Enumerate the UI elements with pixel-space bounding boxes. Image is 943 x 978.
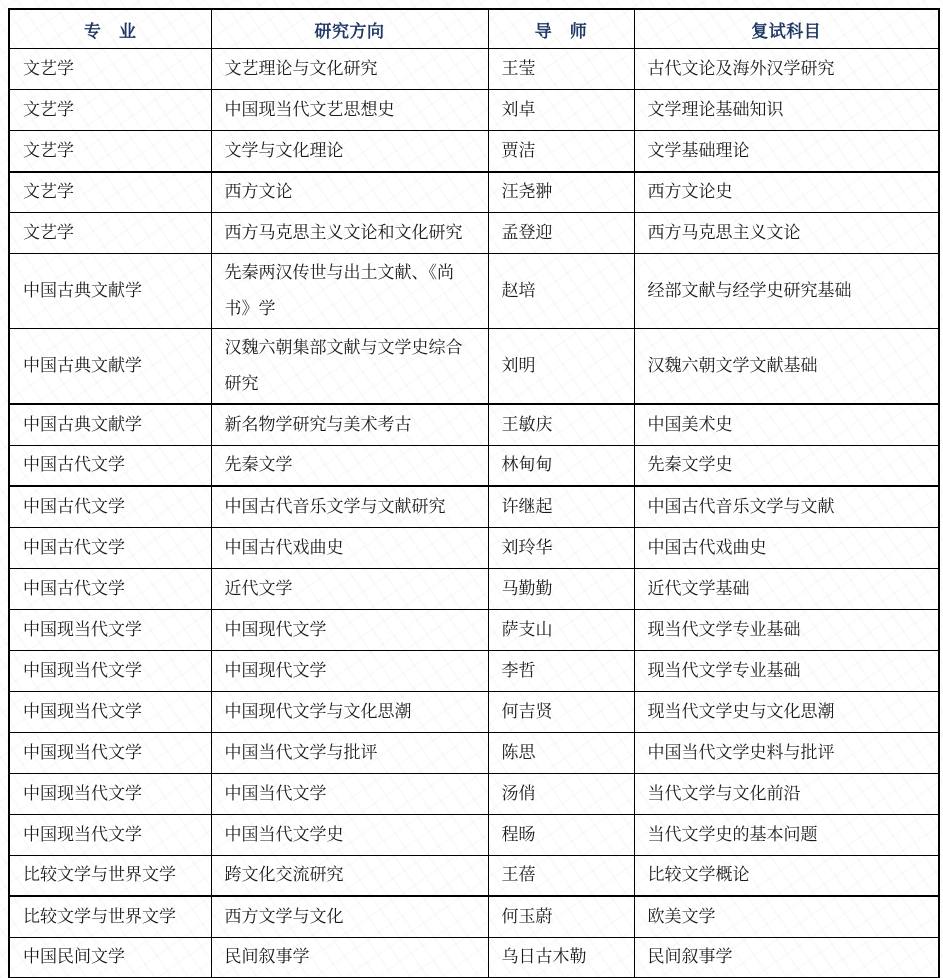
cell-subject: 欧美文学 [634, 896, 939, 937]
cell-subject: 汉魏六朝文学文献基础 [634, 329, 939, 405]
cell-advisor: 刘明 [488, 329, 634, 405]
cell-direction: 近代文学 [211, 568, 488, 609]
cell-major: 文艺学 [9, 90, 211, 131]
cell-advisor: 李哲 [488, 650, 634, 691]
cell-direction: 中国现代文学 [211, 650, 488, 691]
table-row: 中国古代文学 近代文学 马勤勤 近代文学基础 [9, 568, 939, 609]
cell-advisor: 孟登迎 [488, 213, 634, 254]
cell-major: 中国民间文学 [9, 937, 211, 978]
cell-major: 中国古典文献学 [9, 329, 211, 405]
cell-subject: 西方文论史 [634, 172, 939, 213]
table-row: 中国古典文献学 新名物学研究与美术考古 王敏庆 中国美术史 [9, 404, 939, 445]
cell-subject: 现当代文学专业基础 [634, 609, 939, 650]
table-row: 中国现当代文学 中国当代文学史 程旸 当代文学史的基本问题 [9, 814, 939, 855]
cell-advisor: 何玉蔚 [488, 896, 634, 937]
cell-advisor: 王蓓 [488, 855, 634, 896]
cell-subject: 经部文献与经学史研究基础 [634, 254, 939, 329]
table-body: 文艺学 文艺理论与文化研究 王莹 古代文论及海外汉学研究 文艺学 中国现当代文艺… [9, 49, 939, 978]
cell-direction: 西方文学与文化 [211, 896, 488, 937]
table-row: 中国现当代文学 中国当代文学与批评 陈思 中国当代文学史料与批评 [9, 732, 939, 773]
cell-direction: 中国当代文学与批评 [211, 732, 488, 773]
cell-major: 文艺学 [9, 131, 211, 172]
table-row: 中国现当代文学 中国现代文学 李哲 现当代文学专业基础 [9, 650, 939, 691]
cell-subject: 中国当代文学史料与批评 [634, 732, 939, 773]
cell-major: 中国现当代文学 [9, 609, 211, 650]
column-header-subject: 复试科目 [634, 9, 939, 49]
table-row: 比较文学与世界文学 跨文化交流研究 王蓓 比较文学概论 [9, 855, 939, 896]
table-row: 中国古典文献学 汉魏六朝集部文献与文学史综合研究 刘明 汉魏六朝文学文献基础 [9, 329, 939, 405]
cell-major: 中国古典文献学 [9, 254, 211, 329]
cell-direction: 跨文化交流研究 [211, 855, 488, 896]
cell-subject: 现当代文学史与文化思潮 [634, 691, 939, 732]
table-header-row: 专 业 研究方向 导 师 复试科目 [9, 9, 939, 49]
cell-direction: 中国当代文学史 [211, 814, 488, 855]
cell-subject: 当代文学史的基本问题 [634, 814, 939, 855]
cell-advisor: 乌日古木勒 [488, 937, 634, 978]
cell-subject: 中国古代音乐文学与文献 [634, 486, 939, 527]
table-row: 文艺学 中国现当代文艺思想史 刘卓 文学理论基础知识 [9, 90, 939, 131]
column-header-advisor: 导 师 [488, 9, 634, 49]
cell-major: 文艺学 [9, 172, 211, 213]
table-row: 文艺学 文艺理论与文化研究 王莹 古代文论及海外汉学研究 [9, 49, 939, 90]
cell-subject: 中国美术史 [634, 404, 939, 445]
cell-advisor: 汪尧翀 [488, 172, 634, 213]
cell-direction: 民间叙事学 [211, 937, 488, 978]
cell-direction: 文艺理论与文化研究 [211, 49, 488, 90]
cell-advisor: 程旸 [488, 814, 634, 855]
cell-direction: 先秦两汉传世与出土文献、《尚书》学 [211, 254, 488, 329]
cell-direction: 西方马克思主义文论和文化研究 [211, 213, 488, 254]
column-header-major: 专 业 [9, 9, 211, 49]
cell-advisor: 汤俏 [488, 773, 634, 814]
cell-advisor: 刘卓 [488, 90, 634, 131]
table-row: 中国古典文献学 先秦两汉传世与出土文献、《尚书》学 赵培 经部文献与经学史研究基… [9, 254, 939, 329]
column-header-direction: 研究方向 [211, 9, 488, 49]
table-row: 中国现当代文学 中国现代文学与文化思潮 何吉贤 现当代文学史与文化思潮 [9, 691, 939, 732]
cell-advisor: 马勤勤 [488, 568, 634, 609]
cell-major: 中国现当代文学 [9, 691, 211, 732]
table-row: 文艺学 西方文论 汪尧翀 西方文论史 [9, 172, 939, 213]
cell-subject: 文学理论基础知识 [634, 90, 939, 131]
cell-subject: 文学基础理论 [634, 131, 939, 172]
cell-subject: 中国古代戏曲史 [634, 527, 939, 568]
cell-direction: 文学与文化理论 [211, 131, 488, 172]
table-row: 中国古代文学 中国古代音乐文学与文献研究 许继起 中国古代音乐文学与文献 [9, 486, 939, 527]
table-row: 中国民间文学 民间叙事学 乌日古木勒 民间叙事学 [9, 937, 939, 978]
table-row: 中国现当代文学 中国现代文学 萨支山 现当代文学专业基础 [9, 609, 939, 650]
cell-major: 中国现当代文学 [9, 650, 211, 691]
cell-major: 中国现当代文学 [9, 773, 211, 814]
cell-advisor: 王敏庆 [488, 404, 634, 445]
cell-direction: 中国古代戏曲史 [211, 527, 488, 568]
cell-major: 比较文学与世界文学 [9, 896, 211, 937]
cell-subject: 民间叙事学 [634, 937, 939, 978]
cell-direction: 先秦文学 [211, 445, 488, 486]
cell-direction: 中国古代音乐文学与文献研究 [211, 486, 488, 527]
cell-subject: 近代文学基础 [634, 568, 939, 609]
page-background: 专 业 研究方向 导 师 复试科目 文艺学 文艺理论与文化研究 王莹 古代文论及… [0, 0, 943, 978]
cell-major: 中国古典文献学 [9, 404, 211, 445]
table-row: 中国现当代文学 中国当代文学 汤俏 当代文学与文化前沿 [9, 773, 939, 814]
cell-subject: 当代文学与文化前沿 [634, 773, 939, 814]
cell-advisor: 何吉贤 [488, 691, 634, 732]
cell-major: 中国古代文学 [9, 486, 211, 527]
cell-advisor: 贾洁 [488, 131, 634, 172]
table-row: 中国古代文学 中国古代戏曲史 刘玲华 中国古代戏曲史 [9, 527, 939, 568]
cell-major: 中国现当代文学 [9, 732, 211, 773]
cell-major: 中国古代文学 [9, 445, 211, 486]
table-row: 文艺学 文学与文化理论 贾洁 文学基础理论 [9, 131, 939, 172]
table-row: 比较文学与世界文学 西方文学与文化 何玉蔚 欧美文学 [9, 896, 939, 937]
cell-advisor: 刘玲华 [488, 527, 634, 568]
advisor-recruitment-table: 专 业 研究方向 导 师 复试科目 文艺学 文艺理论与文化研究 王莹 古代文论及… [8, 8, 940, 978]
cell-major: 文艺学 [9, 213, 211, 254]
cell-subject: 先秦文学史 [634, 445, 939, 486]
cell-advisor: 赵培 [488, 254, 634, 329]
cell-advisor: 林甸甸 [488, 445, 634, 486]
cell-major: 中国现当代文学 [9, 814, 211, 855]
cell-subject: 比较文学概论 [634, 855, 939, 896]
cell-direction: 新名物学研究与美术考古 [211, 404, 488, 445]
cell-direction: 中国现当代文艺思想史 [211, 90, 488, 131]
cell-advisor: 王莹 [488, 49, 634, 90]
cell-major: 文艺学 [9, 49, 211, 90]
table-row: 文艺学 西方马克思主义文论和文化研究 孟登迎 西方马克思主义文论 [9, 213, 939, 254]
cell-direction: 汉魏六朝集部文献与文学史综合研究 [211, 329, 488, 405]
cell-direction: 中国现代文学与文化思潮 [211, 691, 488, 732]
cell-subject: 古代文论及海外汉学研究 [634, 49, 939, 90]
cell-direction: 中国当代文学 [211, 773, 488, 814]
cell-direction: 中国现代文学 [211, 609, 488, 650]
cell-advisor: 许继起 [488, 486, 634, 527]
cell-major: 中国古代文学 [9, 527, 211, 568]
cell-direction: 西方文论 [211, 172, 488, 213]
cell-subject: 现当代文学专业基础 [634, 650, 939, 691]
cell-advisor: 萨支山 [488, 609, 634, 650]
table-row: 中国古代文学 先秦文学 林甸甸 先秦文学史 [9, 445, 939, 486]
cell-major: 中国古代文学 [9, 568, 211, 609]
cell-advisor: 陈思 [488, 732, 634, 773]
cell-major: 比较文学与世界文学 [9, 855, 211, 896]
cell-subject: 西方马克思主义文论 [634, 213, 939, 254]
